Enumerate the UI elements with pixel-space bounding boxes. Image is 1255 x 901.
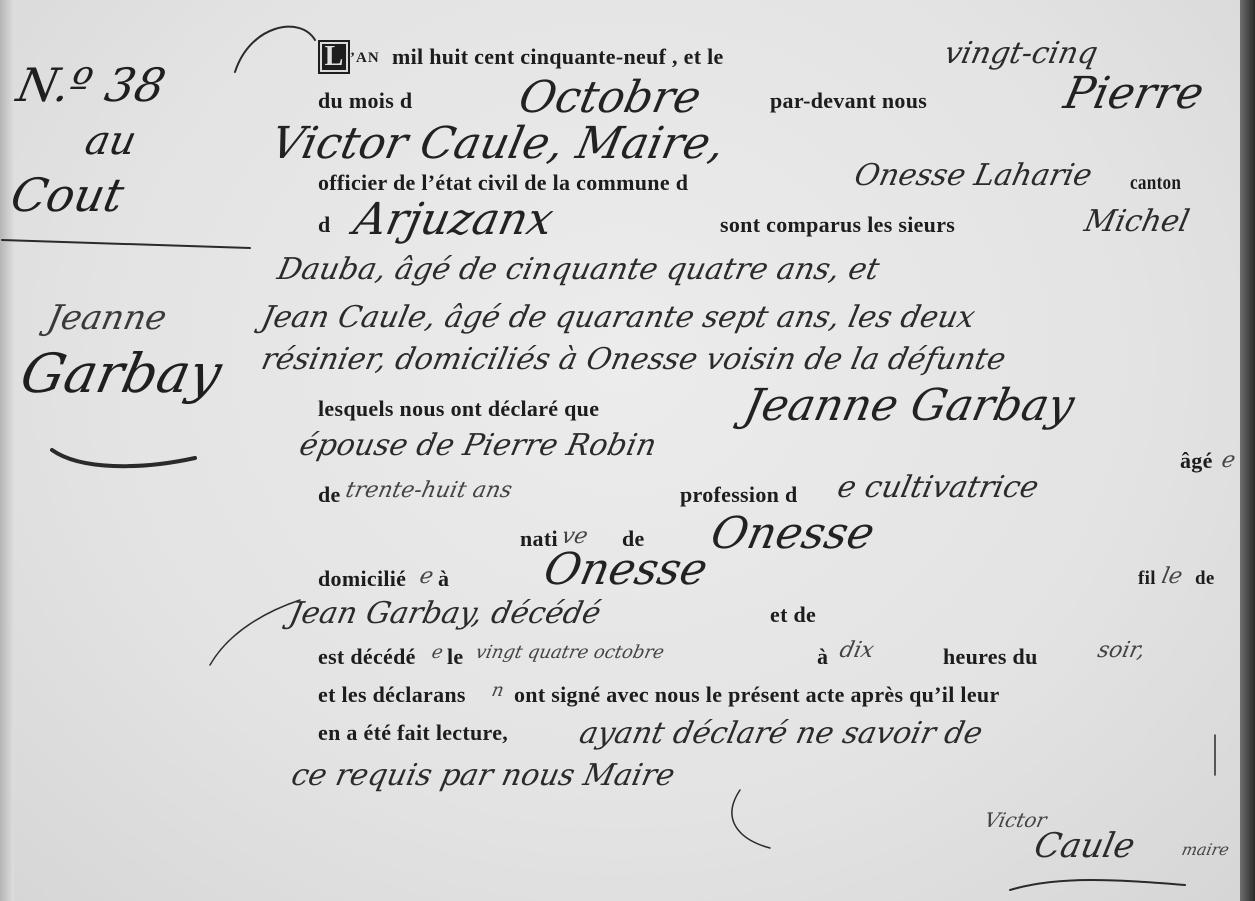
handwritten-witness1-details: Dauba, âgé de cinquante quatre ans, et [274, 252, 882, 287]
handwritten-witness2-details: Jean Caule, âgé de quarante sept ans, le… [258, 300, 978, 335]
printed-text: du mois d [318, 88, 412, 114]
page-edge [1240, 0, 1255, 901]
printed-text: à [438, 566, 449, 592]
signature-name: Caule [1031, 826, 1139, 866]
printed-text: d [318, 212, 331, 238]
handwritten-closing: ce requis par nous Maire [288, 758, 678, 793]
handwritten-officer-name: Victor Caule, Maire, [267, 118, 729, 169]
margin-deceased-last-name: Garbay [15, 342, 227, 405]
printed-text: en a été fait lecture, [318, 720, 508, 746]
printed-text: et de [770, 602, 816, 628]
printed-text: à [817, 644, 828, 670]
handwritten-spouse: épouse de Pierre Robin [296, 428, 659, 463]
printed-text: de [1195, 568, 1215, 590]
handwritten-deceased-name: Jeanne Garbay [740, 380, 1079, 431]
printed-text: lesquels nous ont déclaré que [318, 396, 599, 422]
handwritten-birthplace: Onesse [707, 508, 879, 559]
entry-number: N.º 38 [12, 58, 170, 112]
printed-text: et les déclarans [318, 682, 466, 708]
handwritten-suffix: le [1159, 564, 1184, 589]
signature-title: maire [1180, 840, 1231, 859]
printed-text: domicilié [318, 566, 406, 592]
handwritten-day: vingt-cinq [941, 36, 1101, 71]
margin-place-line2: Cout [6, 168, 128, 222]
drop-cap: L [318, 40, 350, 74]
register-page: N.º 38 au Cout Jeanne Garbay L ’AN mil h… [0, 0, 1240, 901]
printed-text: sont comparus les sieurs [720, 212, 955, 238]
printed-text: est décédé [318, 644, 416, 670]
printed-text: officier de l’état civil de la commune d [318, 170, 688, 196]
handwritten-witness-occupation: résinier, domiciliés à Onesse voisin de … [258, 342, 1009, 377]
handwritten-declaration: ayant déclaré ne savoir de [576, 716, 985, 751]
handwritten-canton: Arjuzanx [350, 194, 558, 245]
printed-text: le [447, 644, 463, 670]
handwritten-officer-first-name: Pierre [1060, 68, 1209, 119]
handwritten-death-hour: dix [837, 638, 876, 663]
printed-text: de [318, 482, 341, 508]
printed-text: profession d [680, 482, 798, 508]
margin-deceased-first-name: Jeanne [44, 298, 170, 338]
handwritten-suffix: n [490, 680, 506, 701]
printed-text: âgé [1180, 448, 1213, 474]
handwritten-suffix: e [417, 564, 435, 589]
printed-text: ’AN [350, 50, 380, 67]
printed-text: heures du [943, 644, 1038, 670]
handwritten-witness1-first-name: Michel [1081, 204, 1192, 239]
printed-text: par-devant nous [770, 88, 927, 114]
handwritten-father: Jean Garbay, décédé [286, 596, 604, 631]
printed-text: mil huit cent cinquante-neuf , et le [392, 44, 724, 70]
handwritten-month: Octobre [515, 72, 706, 123]
binding-shadow [0, 0, 14, 901]
printed-text: fil [1138, 568, 1156, 590]
printed-text: ont signé avec nous le présent acte aprè… [514, 682, 1000, 708]
handwritten-age: trente-huit ans [343, 478, 514, 503]
handwritten-suffix: e [430, 642, 445, 663]
handwritten-residence: Onesse [540, 544, 712, 595]
handwritten-death-date: vingt quatre octobre [474, 642, 666, 663]
handwritten-commune: Onesse Laharie [851, 158, 1095, 193]
margin-place-line1: au [81, 118, 140, 164]
printed-text: canton [1130, 172, 1181, 195]
handwritten-time-of-day: soir, [1095, 638, 1147, 663]
handwritten-suffix: e [1219, 448, 1237, 473]
handwritten-profession: e cultivatrice [834, 470, 1041, 505]
